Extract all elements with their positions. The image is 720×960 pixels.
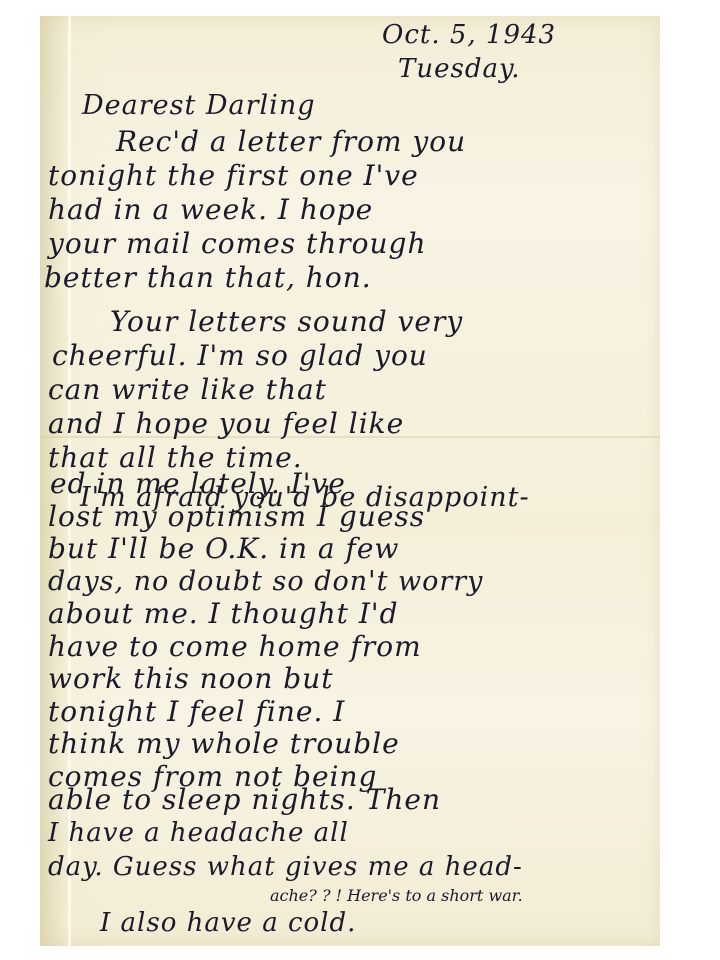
letter-line: about me. I thought I'd	[48, 600, 399, 628]
letter-line: able to sleep nights. Then	[48, 786, 441, 814]
letter-line: Your letters sound very	[110, 308, 463, 336]
letter-line: your mail comes through	[48, 230, 427, 258]
letter-salutation: Dearest Darling	[82, 92, 316, 119]
letter-line: I also have a cold.	[100, 910, 356, 936]
letter-line: ed in me lately. I've	[50, 470, 346, 498]
letter-line: have to come home from	[48, 633, 422, 661]
letter-line: and I hope you feel like	[48, 410, 404, 438]
letter-line: days, no doubt so don't worry	[48, 568, 483, 595]
letter-line: Rec'd a letter from you	[116, 128, 466, 156]
letter-line: had in a week. I hope	[48, 196, 373, 224]
letter-line: lost my optimism I guess	[48, 503, 425, 531]
letter-line: I have a headache all	[48, 820, 349, 846]
letter-line: can write like that	[48, 376, 327, 404]
letter-line: better than that, hon.	[44, 264, 372, 292]
letter-date: Oct. 5, 1943	[382, 22, 556, 48]
letter-line: tonight I feel fine. I	[48, 698, 345, 726]
letter-line: work this noon but	[48, 665, 333, 693]
letter-paper: Oct. 5, 1943 Tuesday. Dearest Darling Re…	[40, 16, 660, 946]
letter-line: day. Guess what gives me a head-	[48, 854, 523, 880]
letter-line: think my whole trouble	[48, 730, 400, 758]
letter-insertion: ache? ? ! Here's to a short war.	[270, 888, 523, 904]
scanned-page: Oct. 5, 1943 Tuesday. Dearest Darling Re…	[0, 0, 720, 960]
letter-line: tonight the first one I've	[48, 162, 419, 190]
letter-line: cheerful. I'm so glad you	[52, 342, 428, 370]
letter-weekday: Tuesday.	[398, 56, 520, 82]
letter-line: but I'll be O.K. in a few	[48, 535, 399, 563]
